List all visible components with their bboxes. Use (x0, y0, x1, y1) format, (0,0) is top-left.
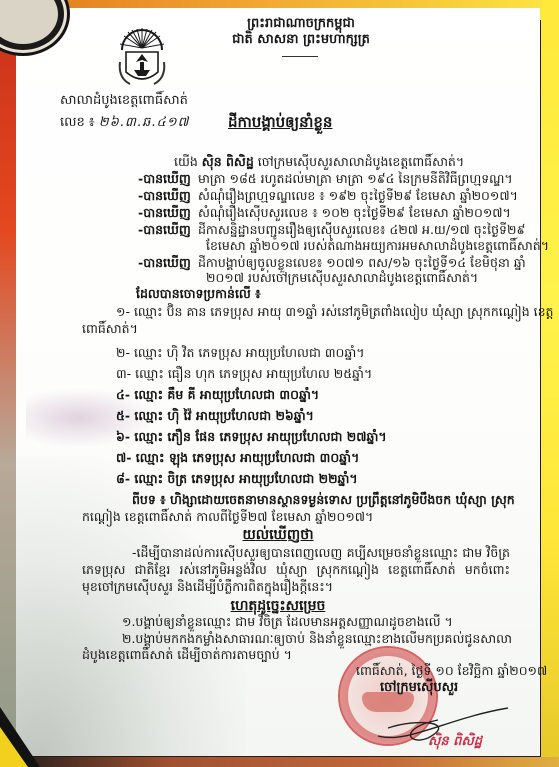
kingdom-motto: ព្រះរាជាណាចក្រកម្ពុជា ជាតិ សាសនា ព្រះមហា… (196, 16, 406, 48)
judge-role: ចៅក្រមស៊ើបសួរសាលាដំបូងខេត្តពោធិ៍សាត់។ (258, 154, 464, 169)
judge-intro: យើង ស៊ិន ពិសិដ្ឋ ចៅក្រមស៊ើបសួរសាលាដំបូងខ… (174, 154, 464, 170)
binder-corner-yellow (0, 727, 28, 767)
seen-text: ដីកាបង្គាប់ឲ្យចូលខ្លួនលេខ៖ ១០៧១ ពស/១៦ ចុ… (198, 255, 526, 270)
seen-text: សំណុំរឿងព្រហ្មទណ្ឌលេខ ៖ ១៩២ ចុះថ្ងៃទី២៩ … (198, 188, 518, 203)
seen-text: ដីកាសន្និដ្ឋានបញ្ជូនរឿងឲ្យស៊ើបសួរលេខ៖ ៤២… (198, 222, 525, 237)
seen-label: -បានឃើញ (138, 205, 198, 221)
reference-value: ២៦.៣.ឆ.៤១៧ (99, 115, 190, 130)
seen-item: -បានឃើញដីកាសន្និដ្ឋានបញ្ជូនរឿងឲ្យស៊ើបសួរ… (138, 222, 525, 238)
reference-label: លេខ ៖ (60, 115, 95, 130)
kingdom-line-2: ជាតិ សាសនា ព្រះមហាក្សត្រ (196, 32, 406, 48)
seen-label: -បានឃើញ (138, 222, 198, 238)
decision-item: ១.បង្គាប់ឲ្យនាំខ្លួនឈ្មោះ ជាម វិចិត្រ ដែ… (122, 614, 453, 630)
accused-item: ៨- ឈ្មោះ ចិត្រ ភេទប្រុស អាយុប្រហែលជា ២២ឆ… (116, 471, 358, 487)
photo-background-left (0, 0, 16, 767)
accused-item: ៣- ឈ្មោះ ធឿន ហុក ភេទប្រុស អាយុប្រហែល ២៥ឆ… (116, 366, 372, 382)
kingdom-line-1: ព្រះរាជាណាចក្រកម្ពុជា (196, 16, 406, 32)
decision-item-continuation: ដំបូងខេត្តពោធិ៍សាត់ ដើម្បីចាត់ការតាមច្បា… (82, 647, 292, 663)
seen-item-continuation: ខែមេសា ឆ្នាំ២០១៧ របស់តំណាងអយ្យការអមសាលាដ… (206, 238, 549, 254)
considering-paragraph: -ដើម្បីបានាដល់ការស៊ើបសួរឲ្យបានពេញលេញ គប្… (82, 544, 510, 595)
cambodia-royal-arms-icon (110, 22, 174, 90)
accused-item: ៥- ឈ្មោះ ហ៊ិ វ៉ៃ អាយុប្រហែលជា ២៦ឆ្នាំ។ (116, 408, 314, 424)
accused-item: ៤- ឈ្មោះ គឹម គី អាយុប្រហែលជា ៣០ឆ្នាំ។ (116, 387, 319, 403)
seen-item: -បានឃើញមាត្រា ១៨៥ រហូតដល់មាត្រា មាត្រា ១… (138, 171, 513, 187)
document-title: ដីកាបង្គាប់ឲ្យនាំខ្លួន (228, 113, 332, 135)
seen-text: មាត្រា ១៨៥ រហូតដល់មាត្រា មាត្រា ១៩៤ នៃក្… (198, 171, 513, 186)
section-title-considering: យល់ឃើញថា (16, 525, 540, 546)
seen-item: -បានឃើញដីកាបង្គាប់ឲ្យចូលខ្លួនលេខ៖ ១០៧១ ព… (138, 255, 526, 271)
seen-label: -បានឃើញ (138, 255, 198, 271)
charge-line: ពីបទ ៖ ហិង្សាដោយចេតនាមានស្ថានទម្ងន់ទោស ប… (132, 492, 515, 508)
seen-item-continuation: ២០១៧ របស់ចៅក្រមស៊ើបសួរសាលាដំបូងខេត្តពោធិ… (206, 270, 478, 286)
accused-item-continuation: ពោធិ៍សាត់។ (82, 321, 138, 337)
accused-header: ដែលបានចោទប្រកាន់លើ ៖ (136, 286, 261, 302)
decision-item: ២.បង្គាប់មកកងកម្លាំងសាធារណៈឲ្យចាប់ និងនា… (122, 631, 512, 647)
reference-number: លេខ ៖ ២៦.៣.ឆ.៤១៧ (60, 114, 189, 133)
accused-item: ៦- ឈ្មោះ ភឿន ផែន ភេទប្រុស អាយុប្រហែលជា ២… (116, 429, 387, 445)
signer-title: ចៅក្រមស៊ើបសួរ (380, 679, 458, 698)
divider (282, 56, 318, 57)
accused-item: ២- ឈ្មោះ ហ៊ិ វិត ភេទប្រុស អាយុប្រហែលជា ៣… (116, 345, 365, 361)
seen-label: -បានឃើញ (138, 171, 198, 187)
judge-name: ស៊ិន ពិសិដ្ឋ (202, 154, 254, 169)
accused-item: ១- ឈ្មោះ ប៊ិន គាន ភេទប្រុស អាយុ ៣១ឆ្នាំ … (116, 304, 554, 320)
seen-item: -បានឃើញសំណុំរឿងស៊ើបសួរលេខ ៖ ១០២ ចុះថ្ងៃទ… (138, 205, 511, 221)
seen-text: សំណុំរឿងស៊ើបសួរលេខ ៖ ១០២ ចុះថ្ងៃទី២៩ ខែម… (198, 205, 511, 220)
photo-background-bottom (0, 757, 559, 767)
photo-background-right (541, 0, 559, 767)
seen-item: -បានឃើញសំណុំរឿងព្រហ្មទណ្ឌលេខ ៖ ១៩២ ចុះថ្… (138, 188, 518, 204)
document-page: ព្រះរាជាណាចក្រកម្ពុជា ជាតិ សាសនា ព្រះមហា… (16, 8, 540, 756)
signer-name: ស៊ិន ពិសិដ្ឋ (428, 733, 482, 752)
seen-label: -បានឃើញ (138, 188, 198, 204)
court-name: សាលាដំបូងខេត្តពោធិ៍សាត់ (60, 92, 188, 111)
charge-line: កណ្ដៀង ខេត្តពោធិ៍សាត់ កាលពីថ្ងៃទី២៧ ខែមេ… (82, 509, 373, 525)
accused-item: ៧- ឈ្មោះ ឡុង ភេទប្រុស អាយុប្រហែលជា ៣០ឆ្ន… (116, 450, 359, 466)
we-prefix: យើង (174, 154, 198, 169)
